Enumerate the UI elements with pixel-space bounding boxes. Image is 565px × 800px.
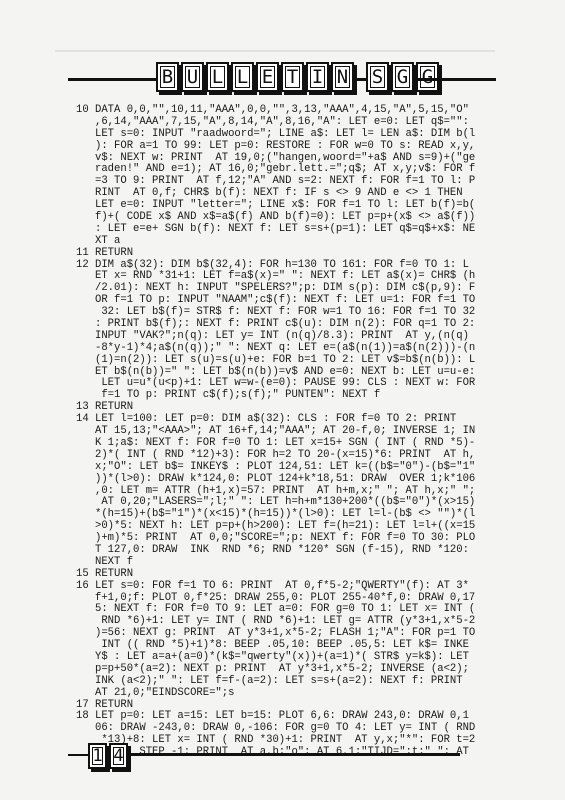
code-line: 16 LET s=0: FOR f=1 TO 6: PRINT AT 0,f*5… xyxy=(76,581,516,593)
bleed-through-rule xyxy=(55,50,495,52)
logo-connector xyxy=(356,78,366,81)
logo-letter-tile: T xyxy=(281,62,304,92)
code-line: INK (a<2);" ": LET f=f-(a=2): LET s=s+(a… xyxy=(76,676,516,688)
masthead-rule-right xyxy=(413,78,496,81)
basic-program-listing: 10 DATA 0,0,"",10,11,"AAA",0,0,"",3,13,"… xyxy=(76,105,516,759)
page-digit-tile: 4 xyxy=(109,743,128,769)
code-line: AT 21,0;"EINDSCORE=";s xyxy=(76,688,516,700)
code-line: 15 RETURN xyxy=(76,569,516,581)
logo-letter-tile: E xyxy=(256,62,279,92)
code-line: ))*(l>0): DRAW k*124,0: PLOT 124+k*18,51… xyxy=(76,474,516,486)
bulletin-logo: B U L L E T I N S G G xyxy=(156,62,441,96)
footer-rule-left xyxy=(68,754,88,756)
logo-word-sgg: S G G xyxy=(366,62,441,92)
code-line: (1)=n(2)): LET s(u)=s(u)+e: FOR b=1 TO 2… xyxy=(76,355,516,367)
code-line: f=1 TO p: PRINT c$(f);s(f);" PUNTEN": NE… xyxy=(76,390,516,402)
masthead: B U L L E T I N S G G xyxy=(68,62,496,96)
code-line: 11 RETURN xyxy=(76,248,516,260)
logo-letter-tile: B xyxy=(156,62,179,92)
logo-letter-tile: L xyxy=(231,62,254,92)
footer-rule-right xyxy=(130,753,460,756)
code-line: ,6,14,"AAA",7,15,"A",8,14,"A",8,16,"A": … xyxy=(76,117,516,129)
code-line: NEXT f xyxy=(76,557,516,569)
code-line: : LET e=e+ SGN b(f): NEXT f: LET s=s+(p=… xyxy=(76,224,516,236)
logo-letter-tile: U xyxy=(181,62,204,92)
logo-letter-tile: G xyxy=(416,62,439,92)
code-line: XT a xyxy=(76,236,516,248)
page-footer: 1 4 xyxy=(68,743,460,777)
logo-word-bulletin: B U L L E T I N xyxy=(156,62,356,92)
code-line: ): FOR a=1 TO 99: LET p=0: RESTORE : FOR… xyxy=(76,141,516,153)
logo-letter-tile: L xyxy=(206,62,229,92)
logo-letter-tile: S xyxy=(366,62,389,92)
code-line: 2)*( INT ( RND *12)+3): FOR h=2 TO 20-(x… xyxy=(76,450,516,462)
page-number: 1 4 xyxy=(88,743,130,769)
code-line: T 127,0: DRAW INK RND *6; RND *120* SGN … xyxy=(76,545,516,557)
page-digit-tile: 1 xyxy=(88,743,107,769)
code-line: x;"O": LET b$= INKEY$ : PLOT 124,51: LET… xyxy=(76,462,516,474)
code-line: p=p+50*(a=2): NEXT p: PRINT AT y*3+1,x*5… xyxy=(76,664,516,676)
code-line: -8*y-1)*4;a$(n(q));" ": NEXT q: LET e=(a… xyxy=(76,343,516,355)
logo-letter-tile: I xyxy=(306,62,329,92)
code-line: LET s=0: INPUT "raadwoord="; LINE a$: LE… xyxy=(76,129,516,141)
masthead-rule-left xyxy=(68,78,158,81)
logo-letter-tile: N xyxy=(331,62,354,92)
logo-letter-tile: G xyxy=(391,62,414,92)
